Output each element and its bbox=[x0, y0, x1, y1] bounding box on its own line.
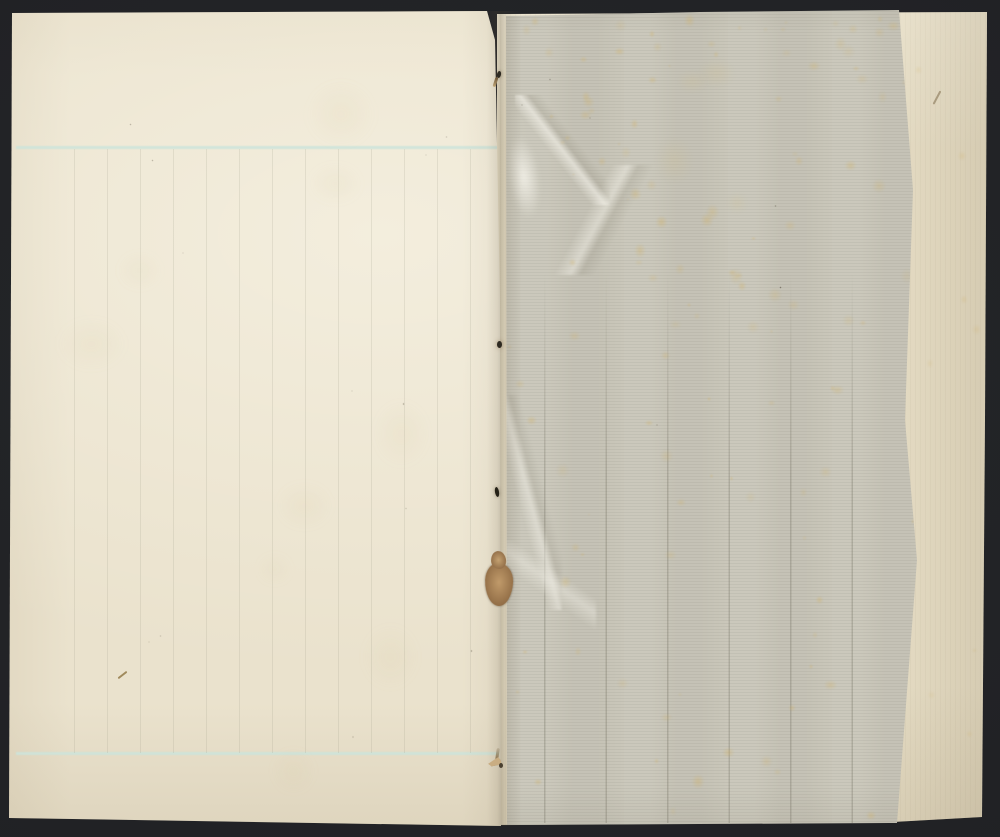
stitch-hole-middle bbox=[497, 341, 502, 348]
photo-backdrop bbox=[0, 0, 1000, 837]
stitch-thread-lower bbox=[494, 487, 500, 498]
stitch-hole-bottom bbox=[499, 763, 503, 768]
stitch-thread-top bbox=[493, 77, 499, 87]
binding-stitches bbox=[0, 0, 1000, 837]
glue-stain bbox=[484, 563, 513, 607]
